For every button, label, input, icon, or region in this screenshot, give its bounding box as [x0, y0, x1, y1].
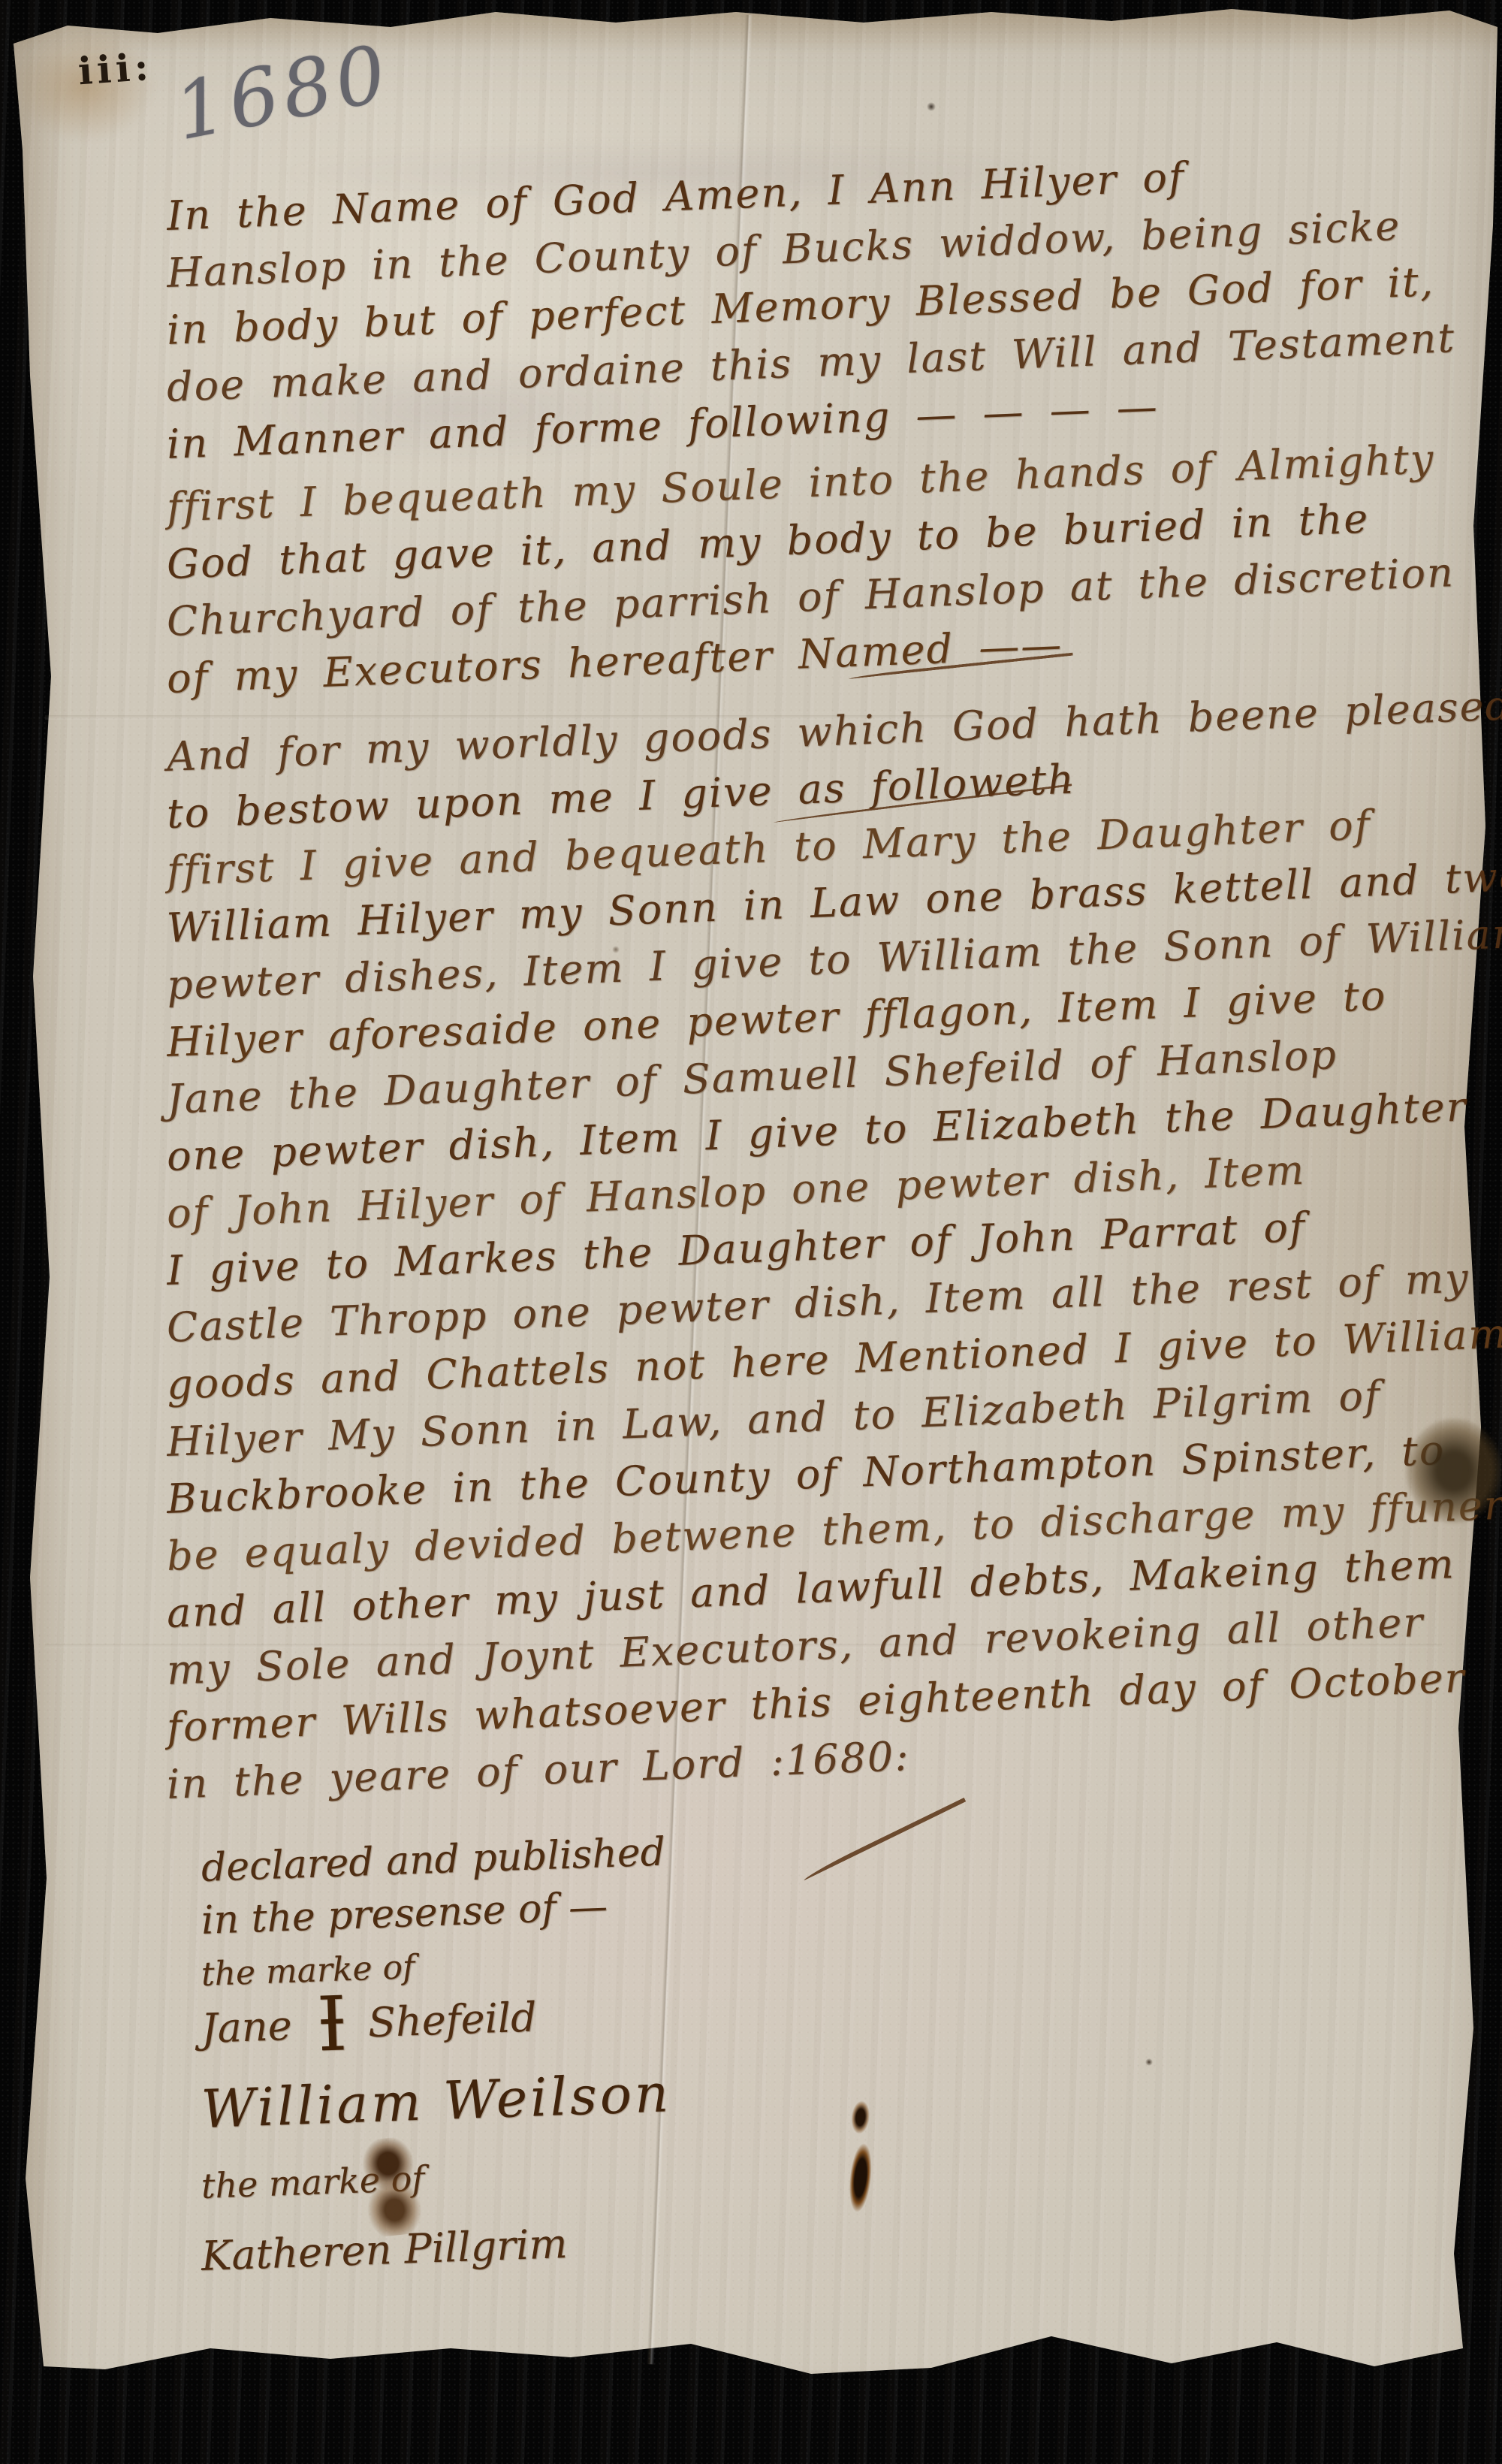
archival-folio-mark: iii:: [77, 44, 154, 94]
marke-of-label: the marke of: [201, 2135, 1027, 2209]
jane-shefeild-mark: Ɨ: [315, 1979, 348, 2068]
will-body-text: In the Name of God Amen, I Ann Hilyer of…: [167, 188, 1466, 1813]
witness-attestation-block: declared and published in the presense o…: [201, 1842, 1027, 2284]
jane-last-name: Shefeild: [367, 1993, 538, 2046]
katheren-pillgrim-mark-blot: [348, 2134, 433, 2239]
manuscript-photo: iii: 1680 In the Name of God Amen, I Ann…: [0, 0, 1502, 2464]
jane-first-name: Jane: [201, 2002, 293, 2052]
right-edge-ink-blot: [1406, 1418, 1502, 1523]
witness-katheren-pillgrim: Katheren Pillgrim: [201, 2201, 1028, 2284]
witness-jane-shefeild: JaneƗShefeild: [200, 1968, 1027, 2061]
